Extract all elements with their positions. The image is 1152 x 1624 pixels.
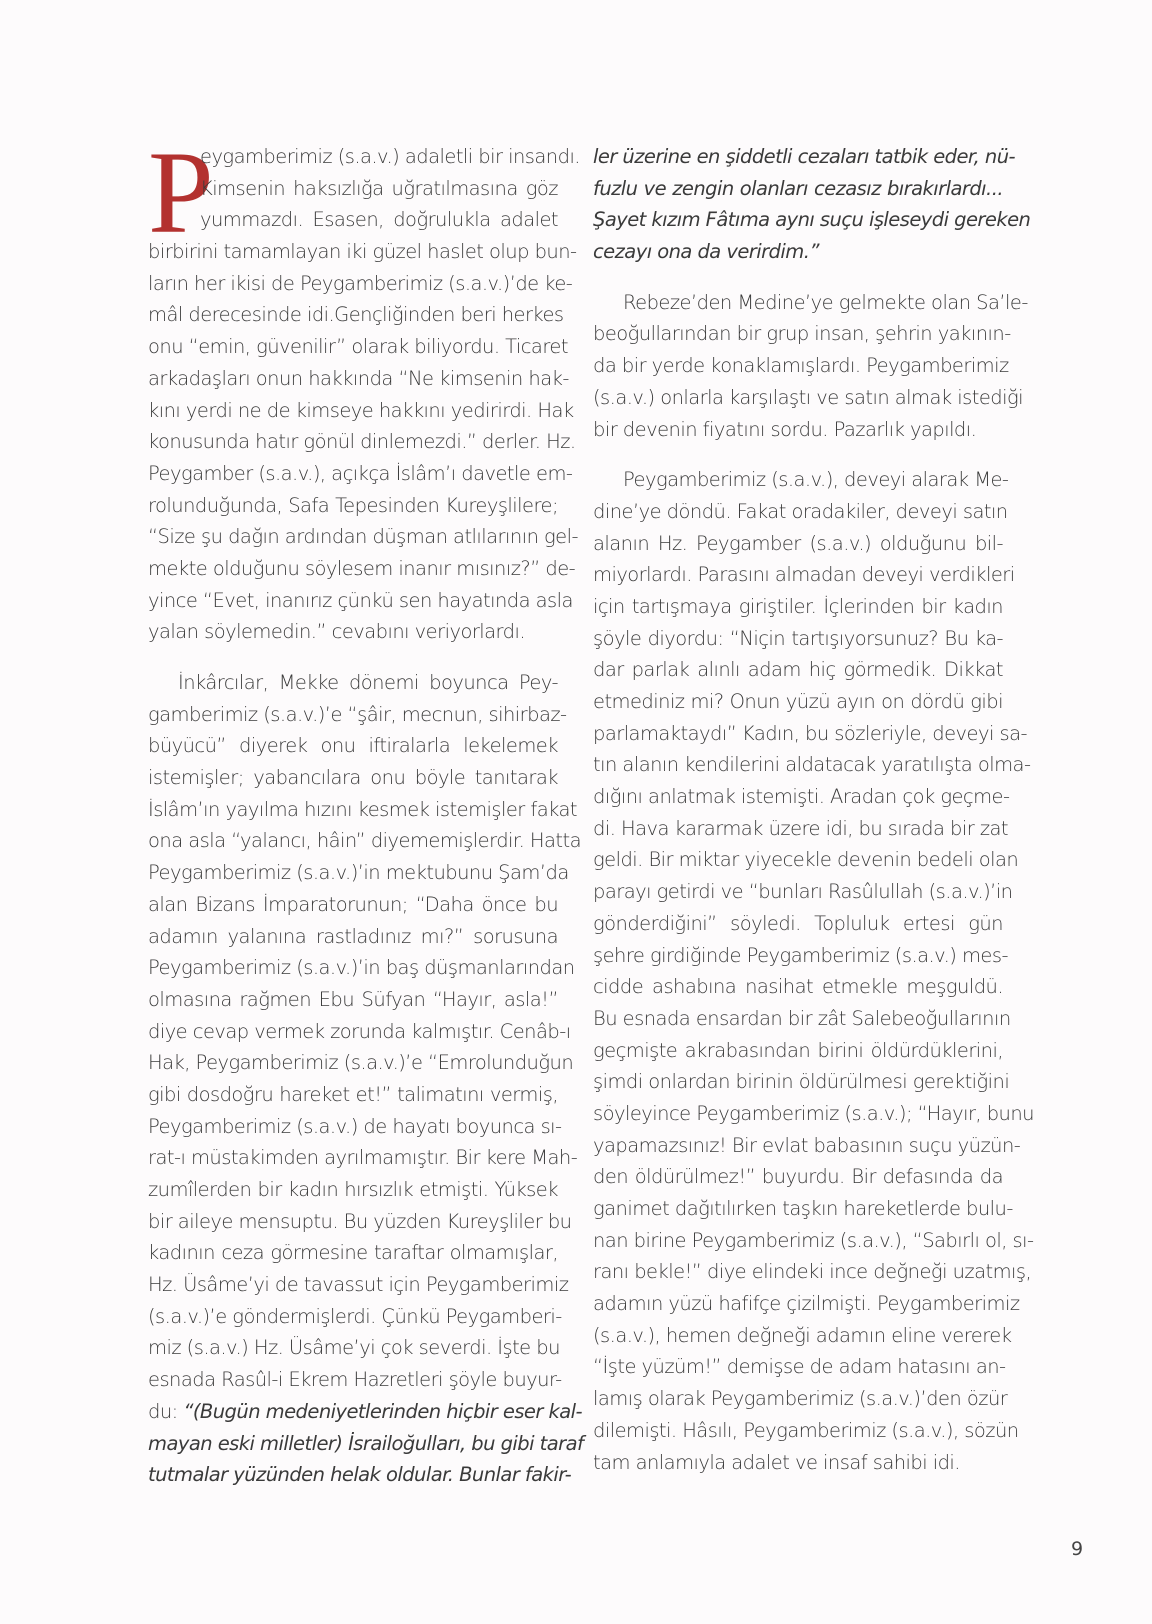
text-line: mayan eski milletler) İsrailoğulları, bu… [148,1428,558,1460]
text-line: İnkârcılar, Mekke dönemi boyunca Pey- [148,667,558,699]
text-line: cezayı ona da verirdim.” [593,236,1003,268]
text-line: nan birine Peygamberimiz (s.a.v.), “Sabı… [593,1225,1003,1257]
text-line: tutmalar yüzünden helak oldular. Bunlar … [148,1459,558,1491]
text-line: ların her ikisi de Peygamberimiz (s.a.v.… [148,268,558,300]
text-line: diye cevap vermek zorunda kalmıştır. Cen… [148,1016,558,1048]
text-line: olmasına rağmen Ebu Süfyan “Hayır, asla!… [148,984,558,1016]
text-line: istemişler; yabancılara onu böyle tanıta… [148,762,558,794]
text-line: parlamaktaydı” Kadın, bu sözleriyle, dev… [593,718,1003,750]
text-line: miyorlardı. Parasını almadan deveyi verd… [593,559,1003,591]
text-line: dilemişti. Hâsılı, Peygamberimiz (s.a.v.… [593,1415,1003,1447]
text-line: gibi dosdoğru hareket et!” talimatını ve… [148,1079,558,1111]
text-line: bir devenin fiyatını sordu. Pazarlık yap… [593,414,1003,446]
text-line: den öldürülmez!” buyurdu. Bir defasında … [593,1161,1003,1193]
text-line: şöyle diyordu: “Niçin tartışıyorsunuz? B… [593,623,1003,655]
text-line: Peygamberimiz (s.a.v.), deveyi alarak Me… [593,464,1003,496]
text-line: yummazdı. Esasen, doğrulukla adalet [148,204,558,236]
text-line: Şayet kızım Fâtıma aynı suçu işleseydi g… [593,204,1003,236]
text-line: için tartışmaya giriştiler. İçlerinden b… [593,591,1003,623]
text-line: kadının ceza görmesine taraftar olmamışl… [148,1237,558,1269]
text-line: mâl derecesinde idi.Gençliğinden beri he… [148,299,558,331]
text-line: ona asla “yalancı, hâin” diyememişlerdir… [148,825,558,857]
paragraph-gap [148,648,558,667]
text-line: Peygamberimiz (s.a.v.)’in baş düşmanları… [148,952,558,984]
text-line: konusunda hatır gönül dinlemezdi.” derle… [148,426,558,458]
paragraph-2-continued: ler üzerine en şiddetli cezaları tatbik … [593,141,1003,268]
text-line: miz (s.a.v.) Hz. Üsâme’yi çok severdi. İ… [148,1332,558,1364]
quote-fragment: “(Bugün medeniyetlerinden hiçbir eser ka… [183,1400,582,1423]
text-line: beoğullarından bir grup insan, şehrin ya… [593,318,1003,350]
right-column: ler üzerine en şiddetli cezaları tatbik … [593,141,1003,1478]
text-line: gönderdiğini” söyledi. Topluluk ertesi g… [593,908,1003,940]
text-line: yince “Evet, inanırız çünkü sen hayatınd… [148,585,558,617]
text-line: parayı getirdi ve “bunları Rasûlullah (s… [593,876,1003,908]
text-line: (s.a.v.), hemen değneği adamın eline ver… [593,1320,1003,1352]
text-line: Hz. Üsâme’yi de tavassut için Peygamberi… [148,1269,558,1301]
text-line: Rebeze’den Medine’ye gelmekte olan Sa’le… [593,287,1003,319]
text-line: etmediniz mi? Onun yüzü ayın on dördü gi… [593,686,1003,718]
text-line: onu “emin, güvenilir” olarak biliyordu. … [148,331,558,363]
text-line: yalan söylemedin.” cevabını veriyorlardı… [148,616,558,648]
text-line: zumîlerden bir kadın hırsızlık etmişti. … [148,1174,558,1206]
text-line: gamberimiz (s.a.v.)’e “şâir, mecnun, sih… [148,699,558,731]
text-line: söyleyince Peygamberimiz (s.a.v.); “Hayı… [593,1098,1003,1130]
text-line: ganimet dağıtılırken taşkın hareketlerde… [593,1193,1003,1225]
text-line: ranı bekle!” diye elindeki ince değneği … [593,1256,1003,1288]
text-line: Bu esnada ensardan bir zât Salebeoğullar… [593,1003,1003,1035]
text-line: geçmişte akrabasından birini öldürdükler… [593,1035,1003,1067]
left-column: eygamberimiz (s.a.v.) adaletli bir insan… [148,141,558,1491]
book-page: P eygamberimiz (s.a.v.) adaletli bir ins… [0,0,1152,1624]
text-line: Peygamber (s.a.v.), açıkça İslâm’ı davet… [148,458,558,490]
text-line: kını yerdi ne de kimseye hakkını yedirir… [148,395,558,427]
text-line: “Size şu dağın ardından düşman atlıların… [148,521,558,553]
text-line: rat-ı müstakimden ayrılmamıştır. Bir ker… [148,1142,558,1174]
text-line: tın alanın kendilerini aldatacak yaratıl… [593,749,1003,781]
text-line: dar parlak alınlı adam hiç görmedik. Dik… [593,654,1003,686]
text-line: Hak, Peygamberimiz (s.a.v.)’e “Emrolundu… [148,1047,558,1079]
text-line: arkadaşları onun hakkında “Ne kimsenin h… [148,363,558,395]
text-line: ler üzerine en şiddetli cezaları tatbik … [593,141,1003,173]
paragraph-gap [593,445,1003,464]
page-number: 9 [1071,1538,1083,1560]
text-line: yapamazsınız! Bir evlat babasının suçu y… [593,1130,1003,1162]
text-line: geldi. Bir miktar yiyecekle devenin bede… [593,844,1003,876]
text-line: bir aileye mensuptu. Bu yüzden Kureyşlil… [148,1206,558,1238]
text-line: Peygamberimiz (s.a.v.) de hayatı boyunca… [148,1111,558,1143]
text-line: esnada Rasûl-i Ekrem Hazretleri şöyle bu… [148,1364,558,1396]
text-line: alanın Hz. Peygamber (s.a.v.) olduğunu b… [593,528,1003,560]
text-line: tam anlamıyla adalet ve insaf sahibi idi… [593,1447,1003,1479]
text-line: (s.a.v.)’e göndermişlerdi. Çünkü Peygamb… [148,1301,558,1333]
paragraph-gap [593,268,1003,287]
text-line: Kimsenin haksızlığa uğratılmasına göz [148,173,558,205]
text-line: rolunduğunda, Safa Tepesinden Kureyşlile… [148,490,558,522]
text-line: İslâm’ın yayılma hızını kesmek istemişle… [148,794,558,826]
paragraph-4: Peygamberimiz (s.a.v.), deveyi alarak Me… [593,464,1003,1478]
text-line: mekte olduğunu söylesem inanır mısınız?”… [148,553,558,585]
paragraph-3: Rebeze’den Medine’ye gelmekte olan Sa’le… [593,287,1003,445]
text-line: Peygamberimiz (s.a.v.)’in mektubunu Şam’… [148,857,558,889]
text-line: da bir yerde konaklamışlardı. Peygamberi… [593,350,1003,382]
text-line: şimdi onlardan birinin öldürülmesi gerek… [593,1066,1003,1098]
text-line: “İşte yüzüm!” demişse de adam hatasını a… [593,1351,1003,1383]
text-line: (s.a.v.) onlarla karşılaştı ve satın alm… [593,382,1003,414]
text-line: dığını anlatmak istemişti. Aradan çok ge… [593,781,1003,813]
text-line: eygamberimiz (s.a.v.) adaletli bir insan… [148,141,558,173]
text-line: di. Hava kararmak üzere idi, bu sırada b… [593,813,1003,845]
text-line: lamış olarak Peygamberimiz (s.a.v.)’den … [593,1383,1003,1415]
text-line: adamın yüzü hafifçe çizilmişti. Peygambe… [593,1288,1003,1320]
text-line: dine’ye döndü. Fakat oradakiler, deveyi … [593,496,1003,528]
text-line: şehre girdiğinde Peygamberimiz (s.a.v.) … [593,940,1003,972]
text-line: du: “(Bugün medeniyetlerinden hiçbir ese… [148,1396,558,1428]
text-line: alan Bizans İmparatorunun; “Daha önce bu [148,889,558,921]
text-line: adamın yalanına rastladınız mı?” sorusun… [148,921,558,953]
paragraph-1: eygamberimiz (s.a.v.) adaletli bir insan… [148,141,558,648]
text-line: birbirini tamamlayan iki güzel haslet ol… [148,236,558,268]
text-line: fuzlu ve zengin olanları cezasız bırakır… [593,173,1003,205]
text-fragment: du: [148,1400,183,1423]
text-line: cidde ashabına nasihat etmekle meşguldü. [593,971,1003,1003]
text-line: büyücü” diyerek onu iftiralarla lekeleme… [148,730,558,762]
paragraph-2: İnkârcılar, Mekke dönemi boyunca Pey- ga… [148,667,558,1491]
